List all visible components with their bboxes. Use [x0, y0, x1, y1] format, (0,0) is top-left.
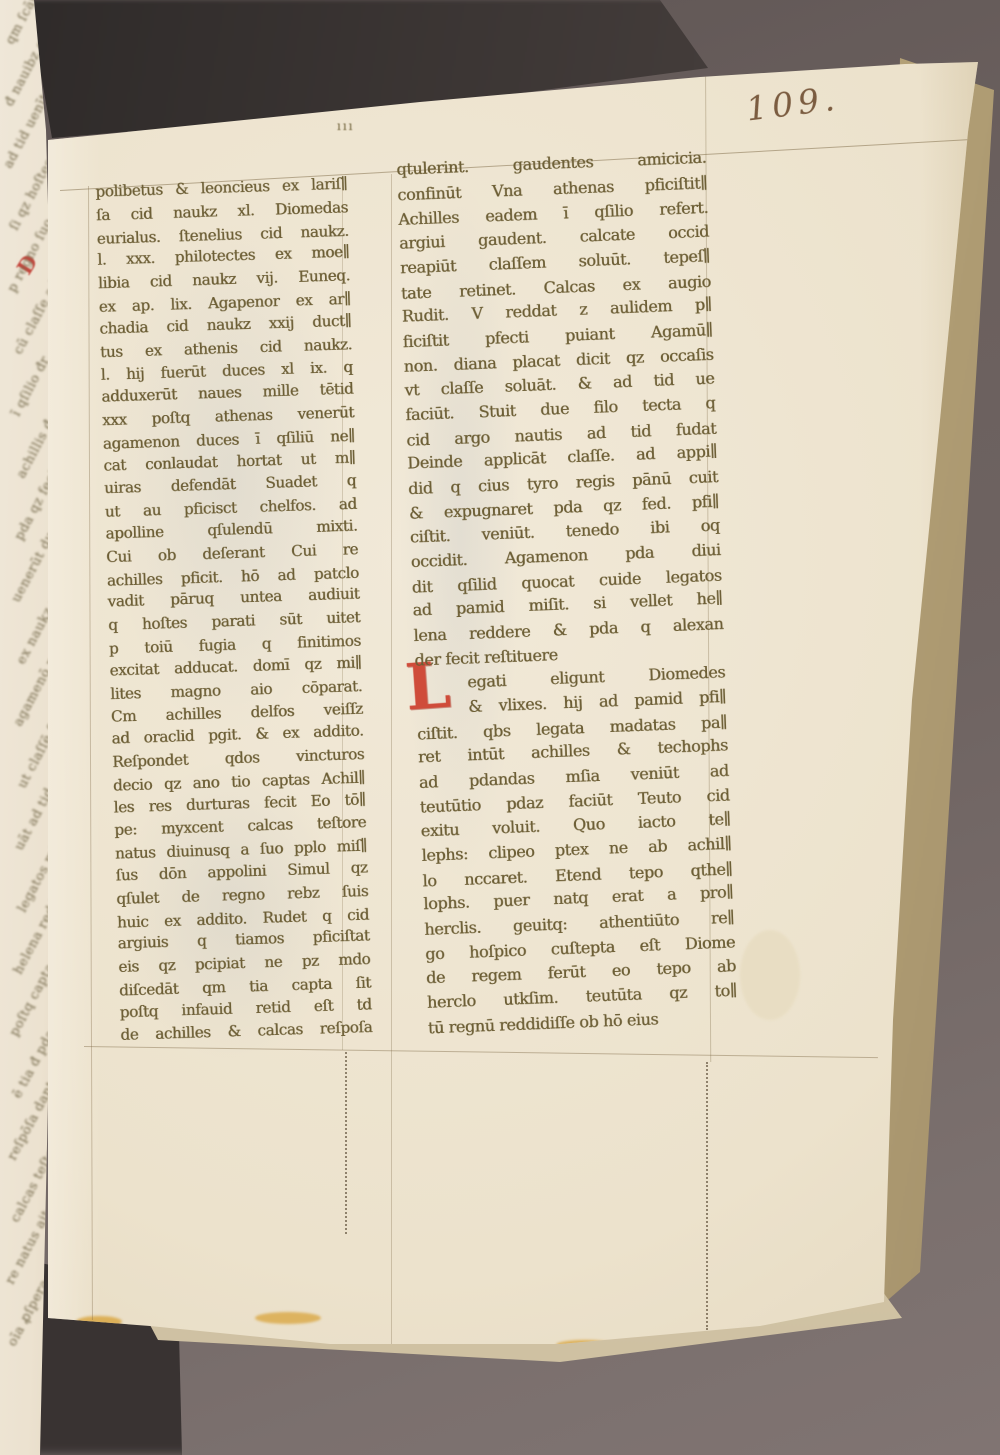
ruling-line-col2-left [391, 174, 392, 1344]
facing-page-text-line: ī qſilio đr [9, 354, 53, 419]
patch-repair [740, 930, 800, 1020]
manuscript-photo: D qm ſcāt aīođ nauibz qzad tid uenītſi q… [0, 0, 1000, 1455]
folio-number: 109. [744, 78, 842, 128]
text-column-left: polibetus & leoncieus ex lariſ∥ſa cid na… [95, 174, 373, 1047]
stain [255, 1312, 321, 1324]
text-column-right: L qtulerint. gaudentes amicicia.confinūt… [396, 147, 738, 1040]
ruling-line-col1-right-dotted [345, 1052, 348, 1234]
manuscript-page: 109. ııı polibetus & leoncieus ex lariſ∥… [0, 0, 1000, 1455]
ruling-line-col2-right-dotted [706, 1062, 709, 1330]
ruling-line-left-margin [88, 186, 93, 1320]
quire-mark: ııı [337, 119, 355, 133]
